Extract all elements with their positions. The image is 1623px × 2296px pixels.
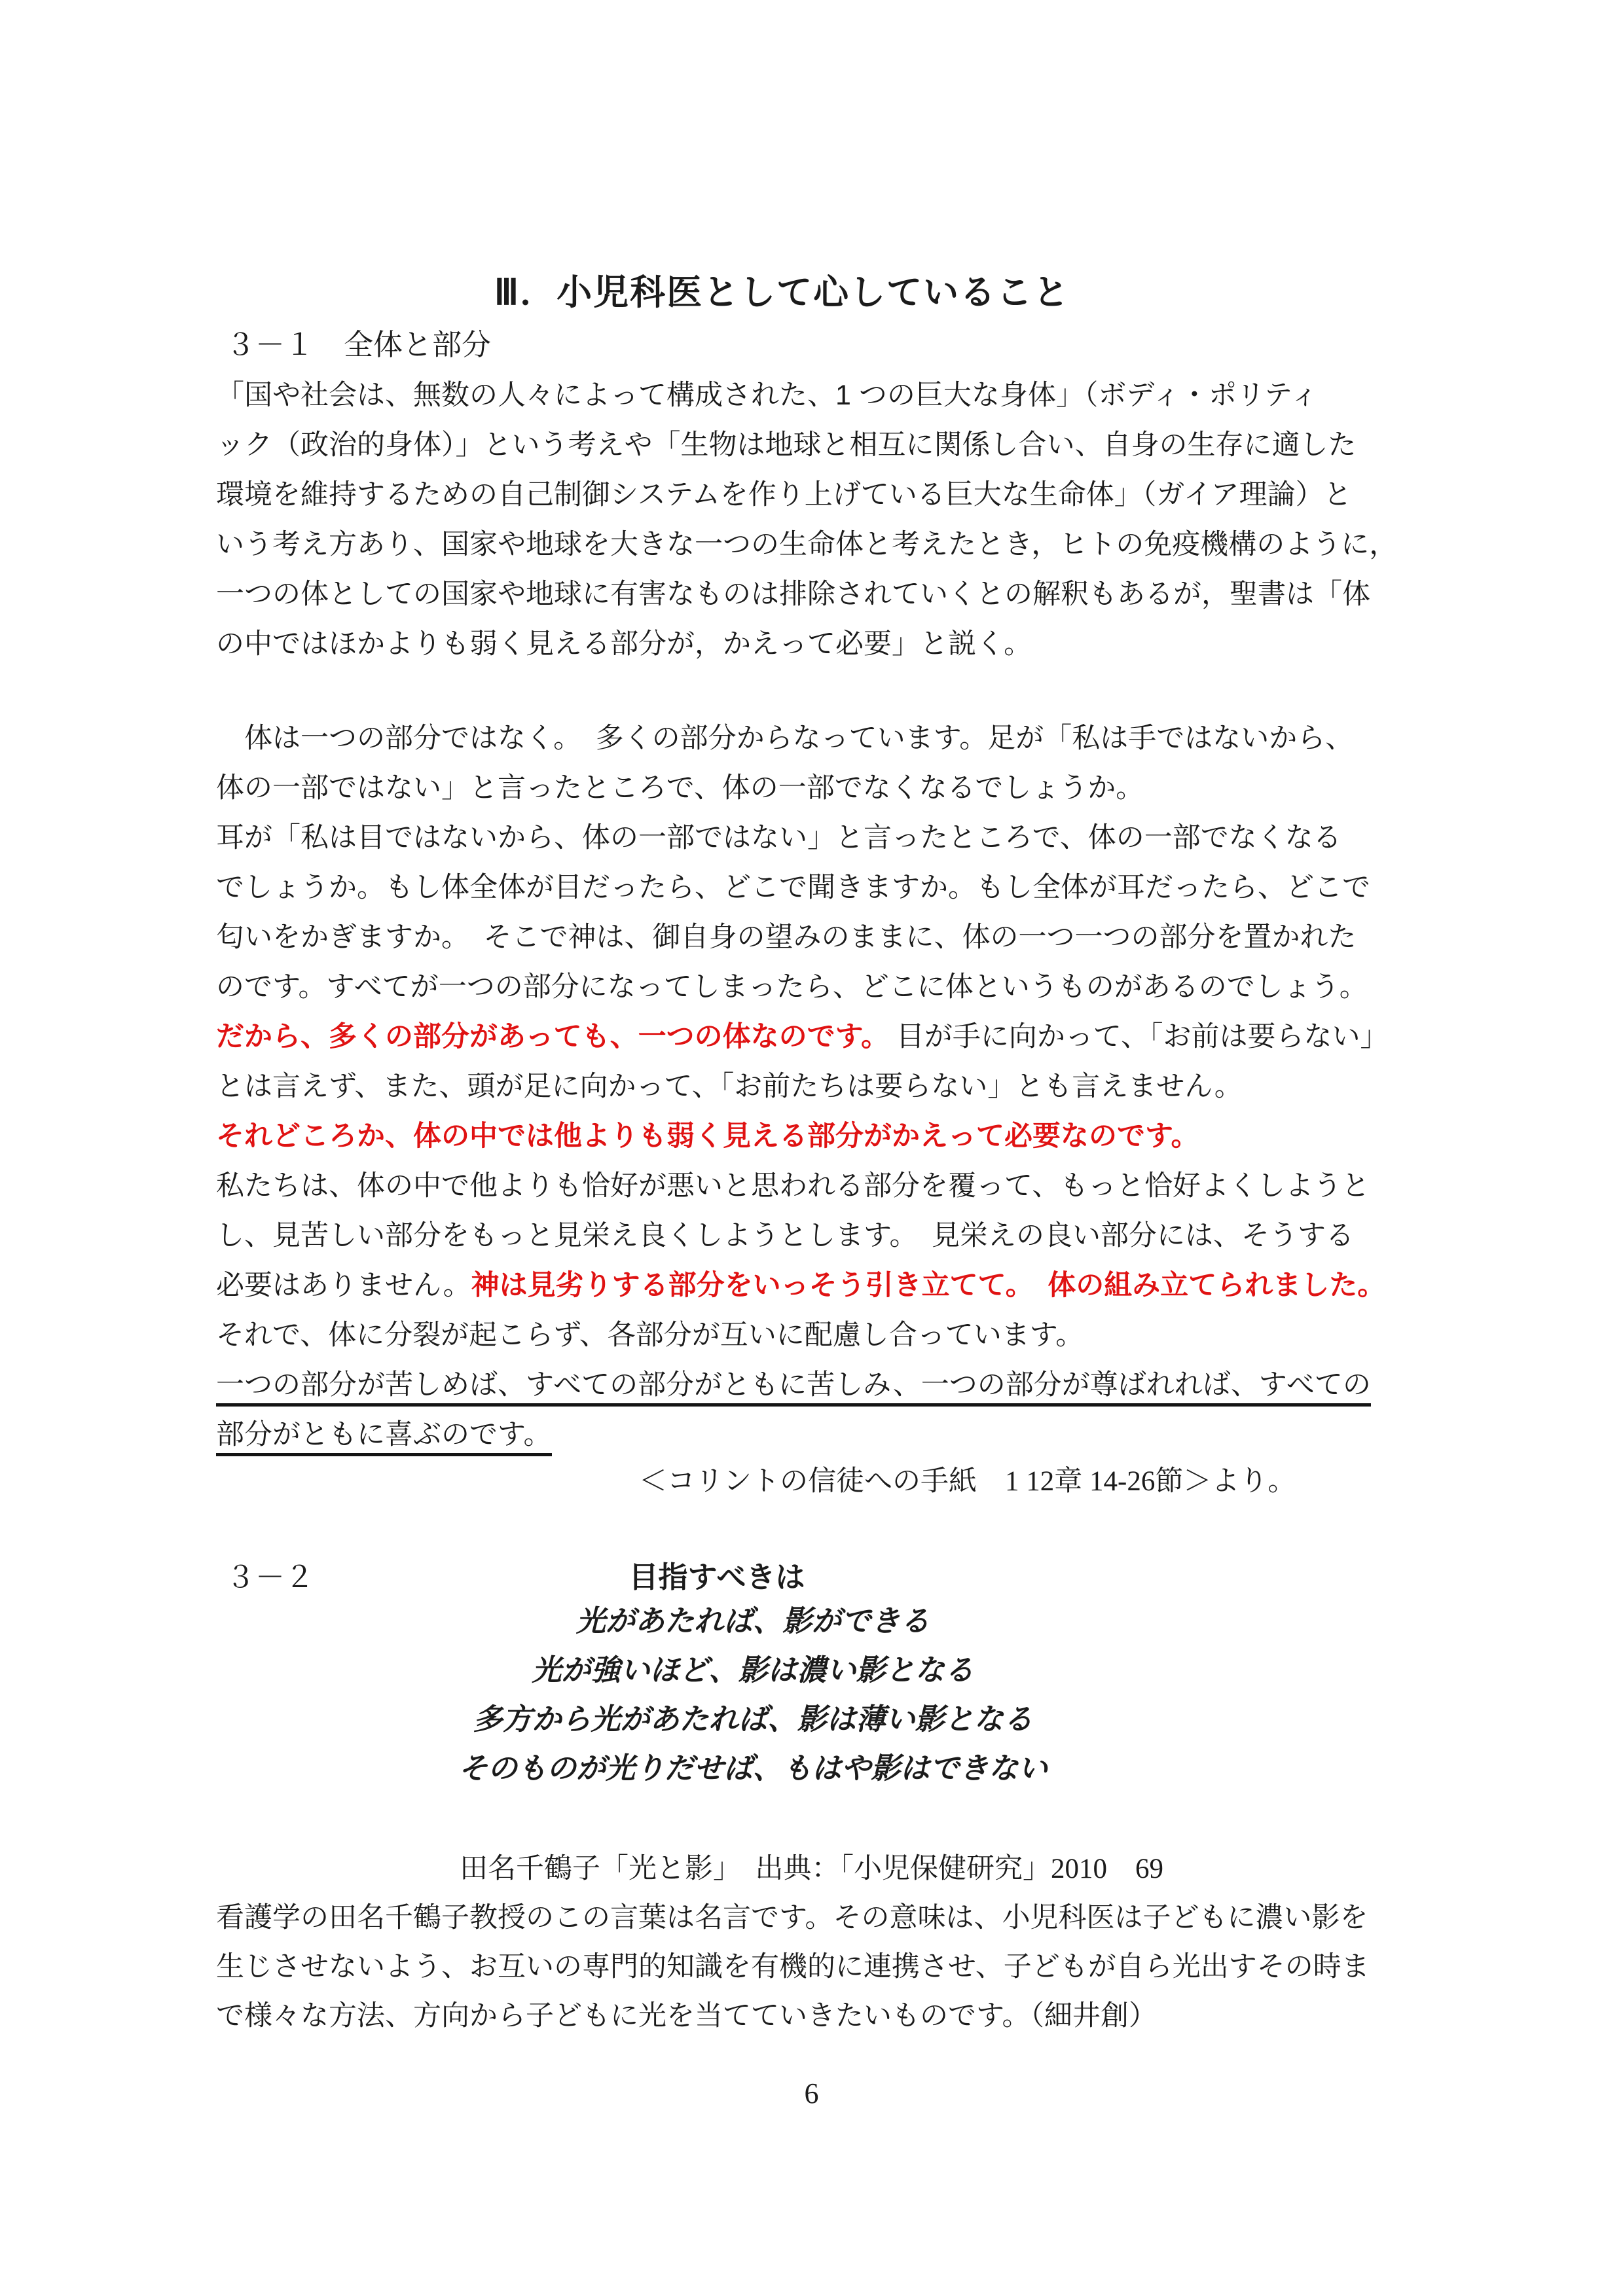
- closing-line: で様々な方法、方向から子どもに光を当てていきたいものです。（細井創）: [216, 1992, 1411, 2041]
- quote-text-red: だから、多くの部分があっても、一つの体なのです。: [216, 1022, 889, 1052]
- quote-line: し、見苦しい部分をもっと見栄え良くしようとします。 見栄えの良い部分には、そうす…: [216, 1211, 1411, 1261]
- quote-line: 体の一部ではない」と言ったところで、体の一部でなくなるでしょうか。: [216, 764, 1411, 814]
- quote-line-underlined: 部分がともに喜ぶのです。: [216, 1410, 1411, 1460]
- quote-line: 体は一つの部分ではなく。 多くの部分からなっています。足が「私は手ではないから、: [216, 714, 1411, 764]
- quote-text-underlined: 部分がともに喜ぶのです。: [216, 1420, 552, 1456]
- quote-text: 私たちは、体の中で他よりも恰好が悪いと思われる部分を覆って、もっと恰好よくしよう…: [216, 1171, 1370, 1202]
- bible-citation: ＜コリントの信徒への手紙 1 12章 14-26節＞より。: [639, 1462, 1296, 1501]
- quote-text: 匂いをかぎますか。 そこで神は、御自身の望みのままに、体の一つ一つの部分を置かれ…: [216, 922, 1357, 953]
- quote-line: とは言えず、また、頭が足に向かって、「お前たちは要らない」とも言えません。: [216, 1062, 1411, 1112]
- quote-line-underlined: 一つの部分が苦しめば、すべての部分がともに苦しみ、一つの部分が尊ばれれば、すべて…: [216, 1361, 1411, 1410]
- poem-line: そのものが光りだせば、もはや影はできない: [216, 1744, 1290, 1793]
- quote-line-emphasis: だから、多くの部分があっても、一つの体なのです。 目が手に向かって、「お前は要ら…: [216, 1013, 1411, 1062]
- quote-line: 匂いをかぎますか。 そこで神は、御自身の望みのままに、体の一つ一つの部分を置かれ…: [216, 913, 1411, 963]
- poem-line: 光があたれば、影ができる: [216, 1597, 1290, 1646]
- page-title: Ⅲ．小児科医として心していること: [0, 272, 1623, 314]
- section-3-2-heading: 目指すべきは: [216, 1559, 1218, 1596]
- quote-line: それで、体に分裂が起こらず、各部分が互いに配慮し合っています。: [216, 1311, 1411, 1361]
- intro-line: いう考え方あり、国家や地球を大きな一つの生命体と考えたとき，ヒトの免疫機構のよう…: [216, 520, 1411, 569]
- intro-line: 環境を維持するための自己制御システムを作り上げている巨大な生命体」（ガイア理論）…: [216, 470, 1411, 520]
- quote-text-red: 神は見劣りする部分をいっそう引き立てて。 体の組み立てられました。: [471, 1270, 1386, 1301]
- intro-line: ック（政治的身体）」という考えや「生物は地球と相互に関係し合い、自身の生存に適し…: [216, 420, 1411, 470]
- bible-quote-paragraph: 体は一つの部分ではなく。 多くの部分からなっています。足が「私は手ではないから、…: [216, 714, 1411, 1460]
- quote-line: 耳が「私は目ではないから、体の一部ではない」と言ったところで、体の一部でなくなる: [216, 814, 1411, 863]
- closing-paragraph: 看護学の田名千鶴子教授のこの言葉は名言です。その意味は、小児科医は子どもに濃い影…: [216, 1893, 1411, 2041]
- quote-text: でしょうか。もし体全体が目だったら、どこで聞きますか。もし全体が耳だったら、どこ…: [216, 872, 1370, 903]
- quote-text: し、見苦しい部分をもっと見栄え良くしようとします。 見栄えの良い部分には、そうす…: [216, 1221, 1354, 1251]
- page-number: 6: [0, 2074, 1623, 2113]
- quote-text: 体は一つの部分ではなく。 多くの部分からなっています。足が「私は手ではないから、: [216, 723, 1353, 754]
- quote-text: 耳が「私は目ではないから、体の一部ではない」と言ったところで、体の一部でなくなる: [216, 823, 1341, 853]
- intro-line: 「国や社会は、無数の人々によって構成された、1 つの巨大な身体」（ボディ・ポリテ…: [216, 370, 1411, 420]
- quote-line-emphasis: それどころか、体の中では他よりも弱く見える部分がかえって必要なのです。: [216, 1112, 1411, 1162]
- section-3-1-heading: ３－１ 全体と部分: [226, 327, 491, 363]
- quote-text: 必要はありません。: [216, 1270, 471, 1301]
- light-and-shadow-poem: 光があたれば、影ができる 光が強いほど、影は濃い影となる 多方から光があたれば、…: [216, 1597, 1290, 1793]
- intro-line: の中ではほかよりも弱く見える部分が，かえって必要」と説く。: [216, 619, 1411, 669]
- quote-line: のです。すべてが一つの部分になってしまったら、どこに体というものがあるのでしょう…: [216, 963, 1411, 1013]
- quote-text-red: それどころか、体の中では他よりも弱く見える部分がかえって必要なのです。: [216, 1121, 1199, 1152]
- poem-line: 多方から光があたれば、影は薄い影となる: [216, 1695, 1290, 1744]
- section-3-1-intro-paragraph: 「国や社会は、無数の人々によって構成された、1 つの巨大な身体」（ボディ・ポリテ…: [216, 370, 1411, 669]
- closing-line: 生じさせないよう、お互いの専門的知識を有機的に連携させ、子どもが自ら光出すその時…: [216, 1943, 1411, 1992]
- poem-source-citation: 田名千鶴子「光と影」 出典：「小児保健研究」2010 69: [0, 1850, 1623, 1889]
- quote-text: 体の一部ではない」と言ったところで、体の一部でなくなるでしょうか。: [216, 773, 1144, 804]
- intro-line: 一つの体としての国家や地球に有害なものは排除されていくとの解釈もあるが，聖書は「…: [216, 569, 1411, 619]
- quote-text: 目が手に向かって、「お前は要らない」: [889, 1022, 1388, 1052]
- quote-line-emphasis: 必要はありません。神は見劣りする部分をいっそう引き立てて。 体の組み立てられまし…: [216, 1261, 1411, 1311]
- quote-line: でしょうか。もし体全体が目だったら、どこで聞きますか。もし全体が耳だったら、どこ…: [216, 863, 1411, 913]
- document-page: Ⅲ．小児科医として心していること ３－１ 全体と部分 「国や社会は、無数の人々に…: [0, 0, 1623, 2296]
- quote-text: のです。すべてが一つの部分になってしまったら、どこに体というものがあるのでしょう…: [216, 972, 1368, 1003]
- quote-text: それで、体に分裂が起こらず、各部分が互いに配慮し合っています。: [216, 1320, 1084, 1351]
- poem-line: 光が強いほど、影は濃い影となる: [216, 1646, 1290, 1695]
- quote-text: とは言えず、また、頭が足に向かって、「お前たちは要らない」とも言えません。: [216, 1071, 1243, 1102]
- quote-text-underlined: 一つの部分が苦しめば、すべての部分がともに苦しみ、一つの部分が尊ばれれば、すべて…: [216, 1370, 1371, 1407]
- quote-line: 私たちは、体の中で他よりも恰好が悪いと思われる部分を覆って、もっと恰好よくしよう…: [216, 1162, 1411, 1211]
- closing-line: 看護学の田名千鶴子教授のこの言葉は名言です。その意味は、小児科医は子どもに濃い影…: [216, 1893, 1411, 1943]
